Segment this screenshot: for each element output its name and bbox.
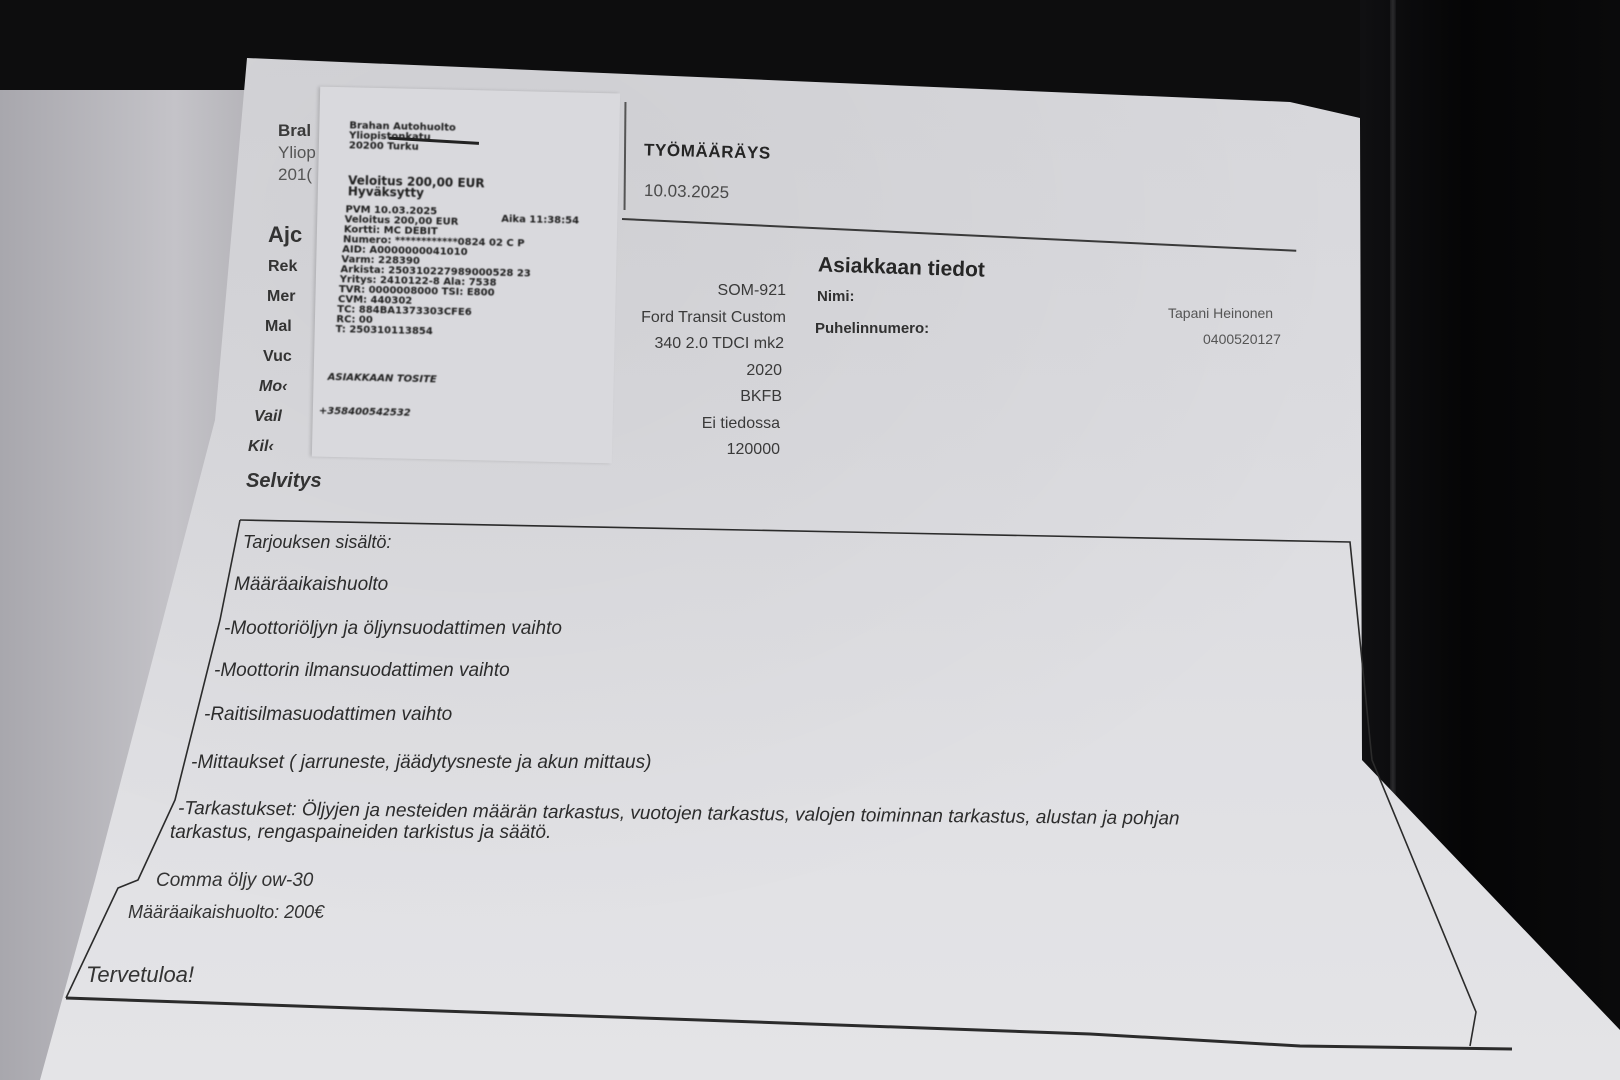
receipt-company-city: 20200 Turku bbox=[349, 141, 456, 153]
receipt-phone: +358400542532 bbox=[319, 407, 411, 419]
receipt-charge: Veloitus 200,00 EUR Hyväksytty bbox=[348, 175, 485, 200]
customer-name: Tapani Heinonen bbox=[1168, 305, 1273, 321]
vehicle-mileage: 120000 bbox=[580, 441, 780, 468]
company-name-partial: Bral bbox=[278, 120, 316, 142]
oil-note: Comma öljy ow-30 bbox=[156, 870, 313, 892]
service-item: -Raitisilmasuodattimen vaihto bbox=[204, 704, 452, 726]
offer-contents-label: Tarjouksen sisältö: bbox=[243, 532, 391, 553]
service-item: -Moottoriöljyn ja öljynsuodattimen vaiht… bbox=[224, 618, 562, 640]
document-date: 10.03.2025 bbox=[644, 181, 730, 203]
label-mileage: Kil‹ bbox=[248, 438, 282, 468]
greeting: Tervetuloa! bbox=[86, 962, 194, 988]
company-block-partial: Bral Yliop 201( bbox=[278, 120, 316, 186]
document-title: TYÖMÄÄRÄYS bbox=[644, 140, 771, 163]
work-order-document: TYÖMÄÄRÄYS 10.03.2025 Bral Yliop 201( Aj… bbox=[0, 0, 1620, 1080]
vehicle-gearbox: Ei tiedossa bbox=[580, 415, 780, 442]
label-make: Mer bbox=[267, 288, 301, 318]
vehicle-values: SOM-921 Ford Transit Custom 340 2.0 TDCI… bbox=[580, 282, 780, 468]
inspections-text-line2: tarkastus, rengaspaineiden tarkistus ja … bbox=[170, 822, 551, 844]
service-title: Määräaikaishuolto bbox=[234, 574, 388, 596]
vehicle-year: 2020 bbox=[582, 362, 782, 389]
vehicle-labels: Ajc Rek Mer Mal Vuc Mo‹ Vail Kil‹ bbox=[268, 222, 302, 468]
customer-name-label: Nimi: bbox=[817, 288, 855, 305]
label-model: Mal bbox=[265, 318, 299, 348]
vehicle-registration: SOM-921 bbox=[586, 282, 786, 309]
vehicle-make-model: Ford Transit Custom bbox=[586, 309, 786, 336]
label-registration: Rek bbox=[268, 258, 302, 288]
customer-phone-label: Puhelinnumero: bbox=[815, 320, 929, 337]
header-divider-horizontal bbox=[622, 218, 1296, 252]
price-note: Määräaikaishuolto: 200€ bbox=[128, 902, 324, 923]
service-heading: Selvitys bbox=[246, 470, 322, 493]
header-divider-vertical bbox=[624, 102, 627, 210]
label-gearbox: Vail bbox=[254, 408, 288, 438]
vehicle-engine-code: BKFB bbox=[582, 388, 782, 415]
card-receipt: Brahan Autohuolto Yliopistonkatu 20200 T… bbox=[312, 87, 620, 464]
customer-info-heading: Asiakkaan tiedot bbox=[818, 253, 986, 282]
label-engine: Mo‹ bbox=[259, 378, 293, 408]
vehicle-heading-partial: Ajc bbox=[268, 222, 302, 258]
company-zip-partial: 201( bbox=[278, 164, 316, 186]
service-item: -Mittaukset ( jarruneste, jäädytysneste … bbox=[191, 752, 651, 774]
service-item: -Moottorin ilmansuodattimen vaihto bbox=[214, 660, 510, 682]
receipt-copy-label: ASIAKKAAN TOSITE bbox=[328, 373, 437, 385]
vehicle-engine-spec: 340 2.0 TDCI mk2 bbox=[584, 335, 784, 362]
label-year: Vuc bbox=[263, 348, 297, 378]
customer-phone: 0400520127 bbox=[1203, 331, 1281, 347]
receipt-details: PVM 10.03.2025Veloitus 200,00 EURKortti:… bbox=[343, 205, 536, 339]
company-street-partial: Yliop bbox=[278, 142, 316, 164]
